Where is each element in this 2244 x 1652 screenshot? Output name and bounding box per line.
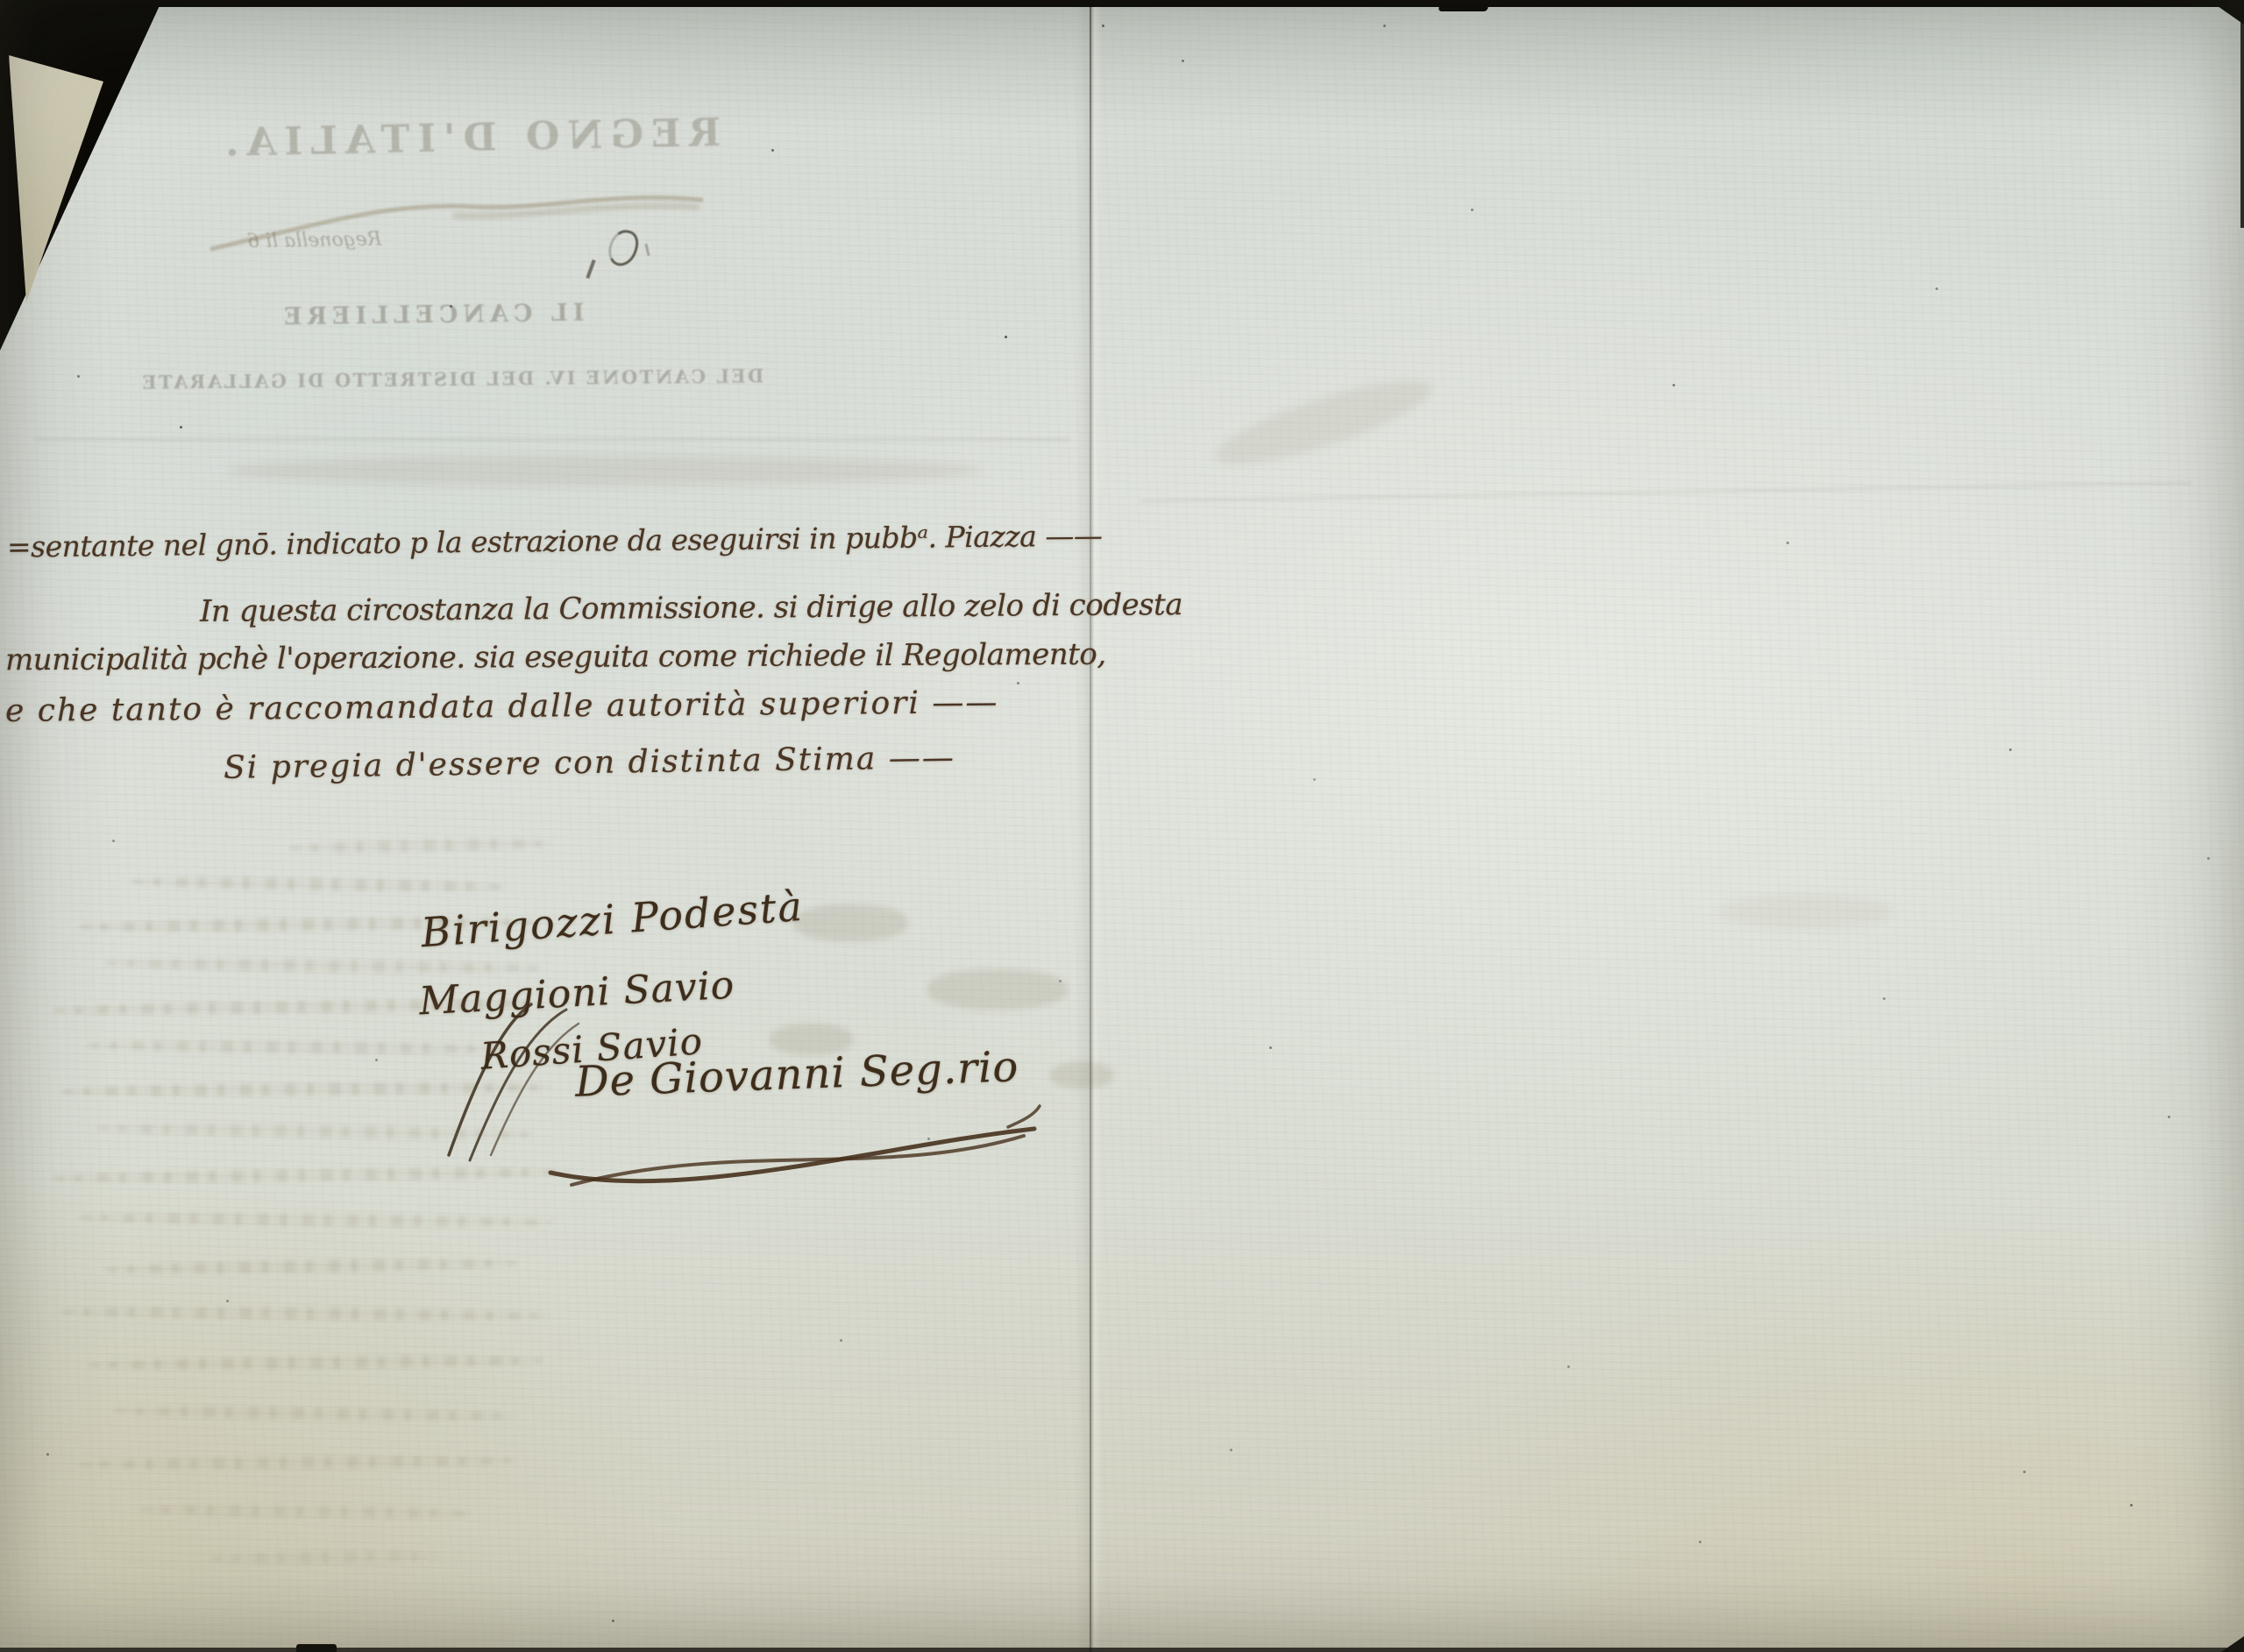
document-scan: REGNO D'ITALIA. Regonella li 6 IL CANCEL…: [0, 0, 2244, 1652]
ghost-bleedthrough-blob: [927, 969, 1068, 1010]
right-edge-backdrop: [2240, 0, 2244, 228]
signature-underline-flourish: [0, 0, 2244, 1652]
bottom-edge-backdrop: [0, 1648, 2244, 1652]
ghost-bleedthrough-blob: [770, 1024, 853, 1055]
top-edge-notch: [1438, 0, 1490, 11]
top-edge-backdrop: [0, 0, 2244, 7]
bottom-edge-notch: [296, 1644, 337, 1652]
ghost-bleedthrough-blob: [793, 904, 907, 941]
ghost-bleedthrough-blob: [1050, 1062, 1113, 1088]
